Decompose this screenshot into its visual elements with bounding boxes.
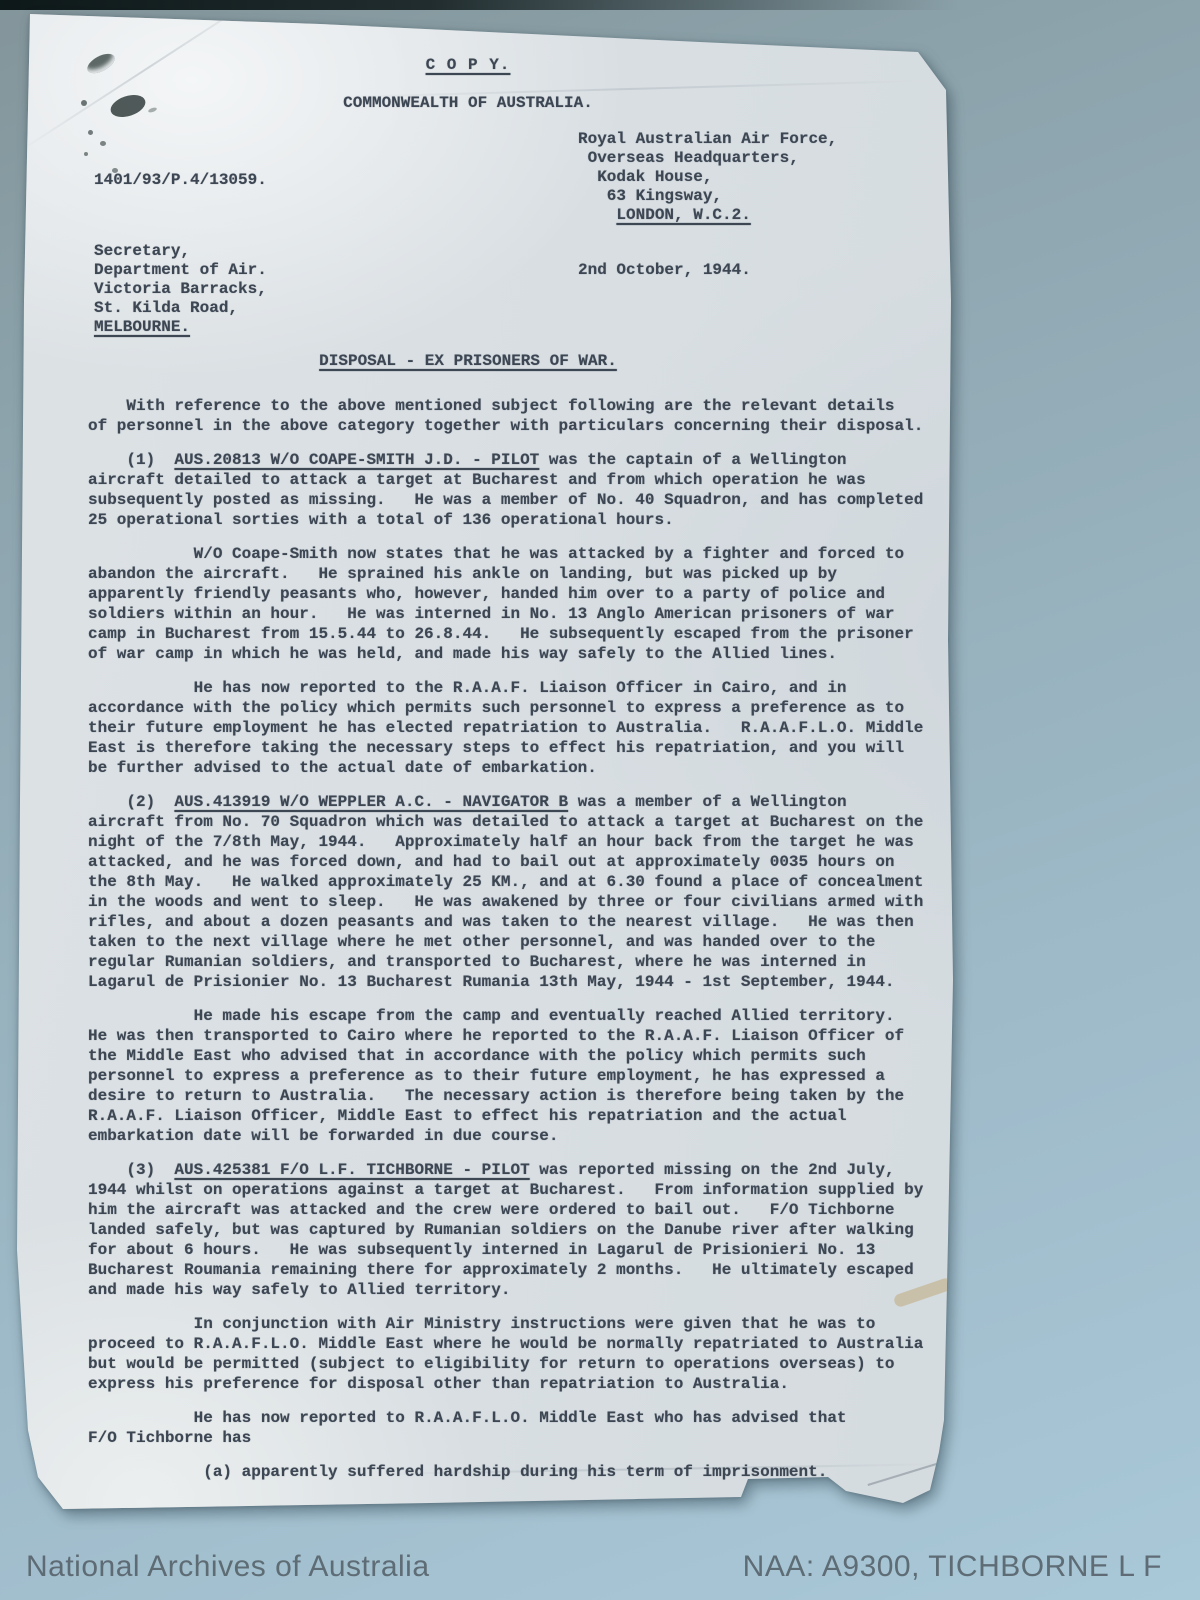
address-line: St. Kilda Road, bbox=[94, 299, 267, 318]
paragraph: (1) AUS.20813 W/O COAPE-SMITH J.D. - PIL… bbox=[88, 450, 948, 530]
address-line: Department of Air. bbox=[94, 261, 267, 280]
copy-heading: C O P Y. bbox=[88, 55, 848, 75]
archive-photo: C O P Y. COMMONWEALTH OF AUSTRALIA. Roya… bbox=[0, 0, 1200, 1600]
ink-speck bbox=[100, 141, 106, 146]
letter-body: With reference to the above mentioned su… bbox=[88, 396, 948, 1496]
file-number: 1401/93/P.4/13059. bbox=[94, 170, 267, 190]
address-line: Royal Australian Air Force, bbox=[578, 130, 837, 149]
sender-address-block: Royal Australian Air Force, Overseas Hea… bbox=[578, 130, 837, 225]
paper-shadow: C O P Y. COMMONWEALTH OF AUSTRALIA. Roya… bbox=[0, 0, 1200, 1600]
paragraph: (a) apparently suffered hardship during … bbox=[88, 1462, 948, 1482]
org-heading: COMMONWEALTH OF AUSTRALIA. bbox=[88, 93, 848, 113]
ink-speck bbox=[88, 130, 93, 135]
address-line: Kodak House, bbox=[578, 168, 837, 187]
paragraph: He has now reported to the R.A.A.F. Liai… bbox=[88, 678, 948, 778]
paragraph: He made his escape from the camp and eve… bbox=[88, 1006, 948, 1146]
address-line: Overseas Headquarters, bbox=[578, 149, 837, 168]
date-line: 2nd October, 1944. bbox=[578, 260, 751, 280]
address-line: MELBOURNE. bbox=[94, 318, 267, 337]
paragraph: W/O Coape-Smith now states that he was a… bbox=[88, 544, 948, 664]
paragraph: In conjunction with Air Ministry instruc… bbox=[88, 1314, 948, 1394]
watermark-right: NAA: A9300, TICHBORNE L F bbox=[743, 1550, 1162, 1584]
address-line: Victoria Barracks, bbox=[94, 280, 267, 299]
paragraph-heading: AUS.425381 F/O L.F. TICHBORNE - PILOT bbox=[174, 1161, 529, 1179]
address-line: 63 Kingsway, bbox=[578, 187, 837, 206]
paragraph: With reference to the above mentioned su… bbox=[88, 396, 948, 436]
subject-line: DISPOSAL - EX PRISONERS OF WAR. bbox=[88, 351, 848, 371]
paragraph: (3) AUS.425381 F/O L.F. TICHBORNE - PILO… bbox=[88, 1160, 948, 1300]
paragraph-heading: AUS.413919 W/O WEPPLER A.C. - NAVIGATOR … bbox=[174, 793, 568, 811]
ink-speck bbox=[81, 100, 87, 106]
paragraph-heading: AUS.20813 W/O COAPE-SMITH J.D. - PILOT bbox=[174, 451, 539, 469]
crease-line bbox=[19, 0, 272, 152]
paragraph: He has now reported to R.A.A.F.L.O. Midd… bbox=[88, 1408, 948, 1448]
address-line: LONDON, W.C.2. bbox=[578, 206, 837, 225]
watermark-left: National Archives of Australia bbox=[26, 1550, 430, 1584]
recipient-address-block: Secretary,Department of Air.Victoria Bar… bbox=[94, 242, 267, 337]
ink-speck bbox=[84, 152, 88, 156]
address-line: Secretary, bbox=[94, 242, 267, 261]
document-page: C O P Y. COMMONWEALTH OF AUSTRALIA. Roya… bbox=[0, 0, 1200, 1600]
paragraph: (2) AUS.413919 W/O WEPPLER A.C. - NAVIGA… bbox=[88, 792, 948, 992]
